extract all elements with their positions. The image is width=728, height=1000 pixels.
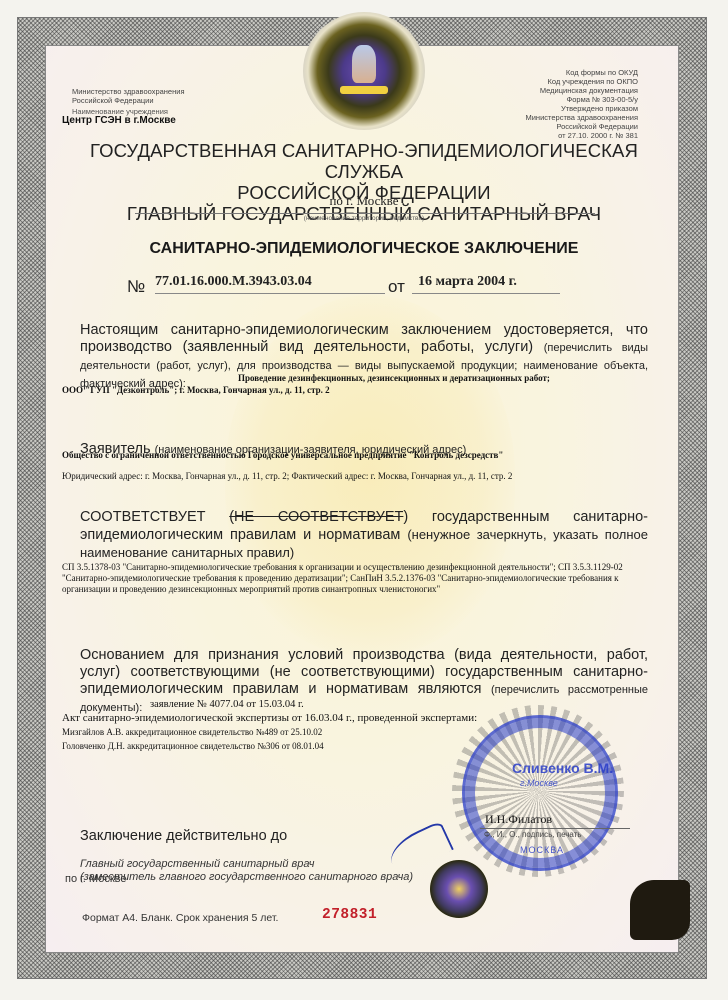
form-info-line: Медицинская документация xyxy=(526,86,639,95)
stamp-bottom: МОСКВА xyxy=(520,845,564,855)
validity-label: Заключение действительно до xyxy=(80,828,287,844)
form-info-line: Код формы по ОКУД xyxy=(526,68,639,77)
applicant-address: Юридический адрес: г. Москва, Гончарная … xyxy=(62,471,512,481)
territory-label: (наименование территории, ведомства) xyxy=(60,215,668,222)
hologram-seal-icon xyxy=(430,860,488,918)
signature-label: Ф., И., О., подпись, печать xyxy=(484,830,582,839)
format-note: Формат А4. Бланк. Срок хранения 5 лет. xyxy=(82,912,278,924)
service-header: ГОСУДАРСТВЕННАЯ САНИТАРНО-ЭПИДЕМИОЛОГИЧЕ… xyxy=(60,140,668,224)
sanitary-rules: СП 3.5.1378-03 "Санитарно-эпидемиологиче… xyxy=(62,562,642,595)
header-line: ГОСУДАРСТВЕННАЯ САНИТАРНО-ЭПИДЕМИОЛОГИЧЕ… xyxy=(60,140,668,182)
expertise-act: Акт санитарно-эпидемиологической эксперт… xyxy=(62,712,477,724)
divider xyxy=(135,213,595,214)
chief-title: Главный государственный санитарный врач … xyxy=(80,858,413,884)
form-info-line: от 27.10. 2000 г. № 381 xyxy=(526,131,639,140)
expert-2: Головченко Д.Н. аккредитационное свидете… xyxy=(62,741,324,751)
corner-hologram xyxy=(630,880,690,940)
form-info-line: Министерства здравоохранения xyxy=(526,113,639,122)
date-label: от xyxy=(388,277,405,297)
form-info-line: Российской Федерации xyxy=(526,122,639,131)
production-value: Проведение дезинфекционных, дезинсекцион… xyxy=(238,373,550,383)
conformity-paragraph: СООТВЕТСТВУЕТ (НЕ СООТВЕТСТВУЕТ) государ… xyxy=(80,508,648,562)
form-info-line: Код учреждения по ОКПО xyxy=(526,77,639,86)
ministry-line: Министерство здравоохранения xyxy=(72,87,185,96)
document-date: 16 марта 2004 г. xyxy=(412,274,560,294)
chief-line: Главный государственный санитарный врач xyxy=(80,858,413,871)
signature-line xyxy=(480,828,630,829)
chief-city: по г. Москве xyxy=(65,873,126,885)
production-object: ООО "ГУП "Дезконтроль"; г. Москва, Гонча… xyxy=(62,385,330,395)
emblem-figure-icon xyxy=(352,45,376,83)
ministry-line: Российской Федерации xyxy=(72,96,185,105)
form-info-line: Форма № 303-00-5/у xyxy=(526,95,639,104)
application-ref: заявление № 4077.04 от 15.03.04 г. xyxy=(150,699,304,710)
serial-number: 278831 xyxy=(322,907,377,923)
complies-text: СООТВЕТСТВУЕТ xyxy=(80,509,229,525)
signer-name: И.Н.Филатов xyxy=(485,812,552,827)
territory: по г. Москве xyxy=(60,193,668,209)
number-label: № xyxy=(127,277,145,297)
document-number: 77.01.16.000.М.3943.03.04 xyxy=(155,274,385,294)
institution-name: Центр ГСЭН в г.Москве xyxy=(62,115,176,126)
applicant-name: Общество с ограниченной ответственностью… xyxy=(62,450,503,460)
emblem-base-icon xyxy=(340,86,388,94)
expert-1: Мизгайлов А.В. аккредитационное свидетел… xyxy=(62,727,322,737)
stamp-city: г.Москве xyxy=(520,778,558,788)
stamp-name: Сливенко В.М. xyxy=(512,760,613,776)
document-title: САНИТАРНО-ЭПИДЕМИОЛОГИЧЕСКОЕ ЗАКЛЮЧЕНИЕ xyxy=(60,240,668,258)
not-complies-struck: (НЕ СООТВЕТСТВУЕТ xyxy=(229,509,403,525)
form-info-line: Утверждено приказом xyxy=(526,104,639,113)
form-info-block: Код формы по ОКУД Код учреждения по ОКПО… xyxy=(526,68,639,140)
ministry-block: Министерство здравоохранения Российской … xyxy=(72,87,185,105)
chief-line: (заместитель главного государственного с… xyxy=(80,871,413,884)
